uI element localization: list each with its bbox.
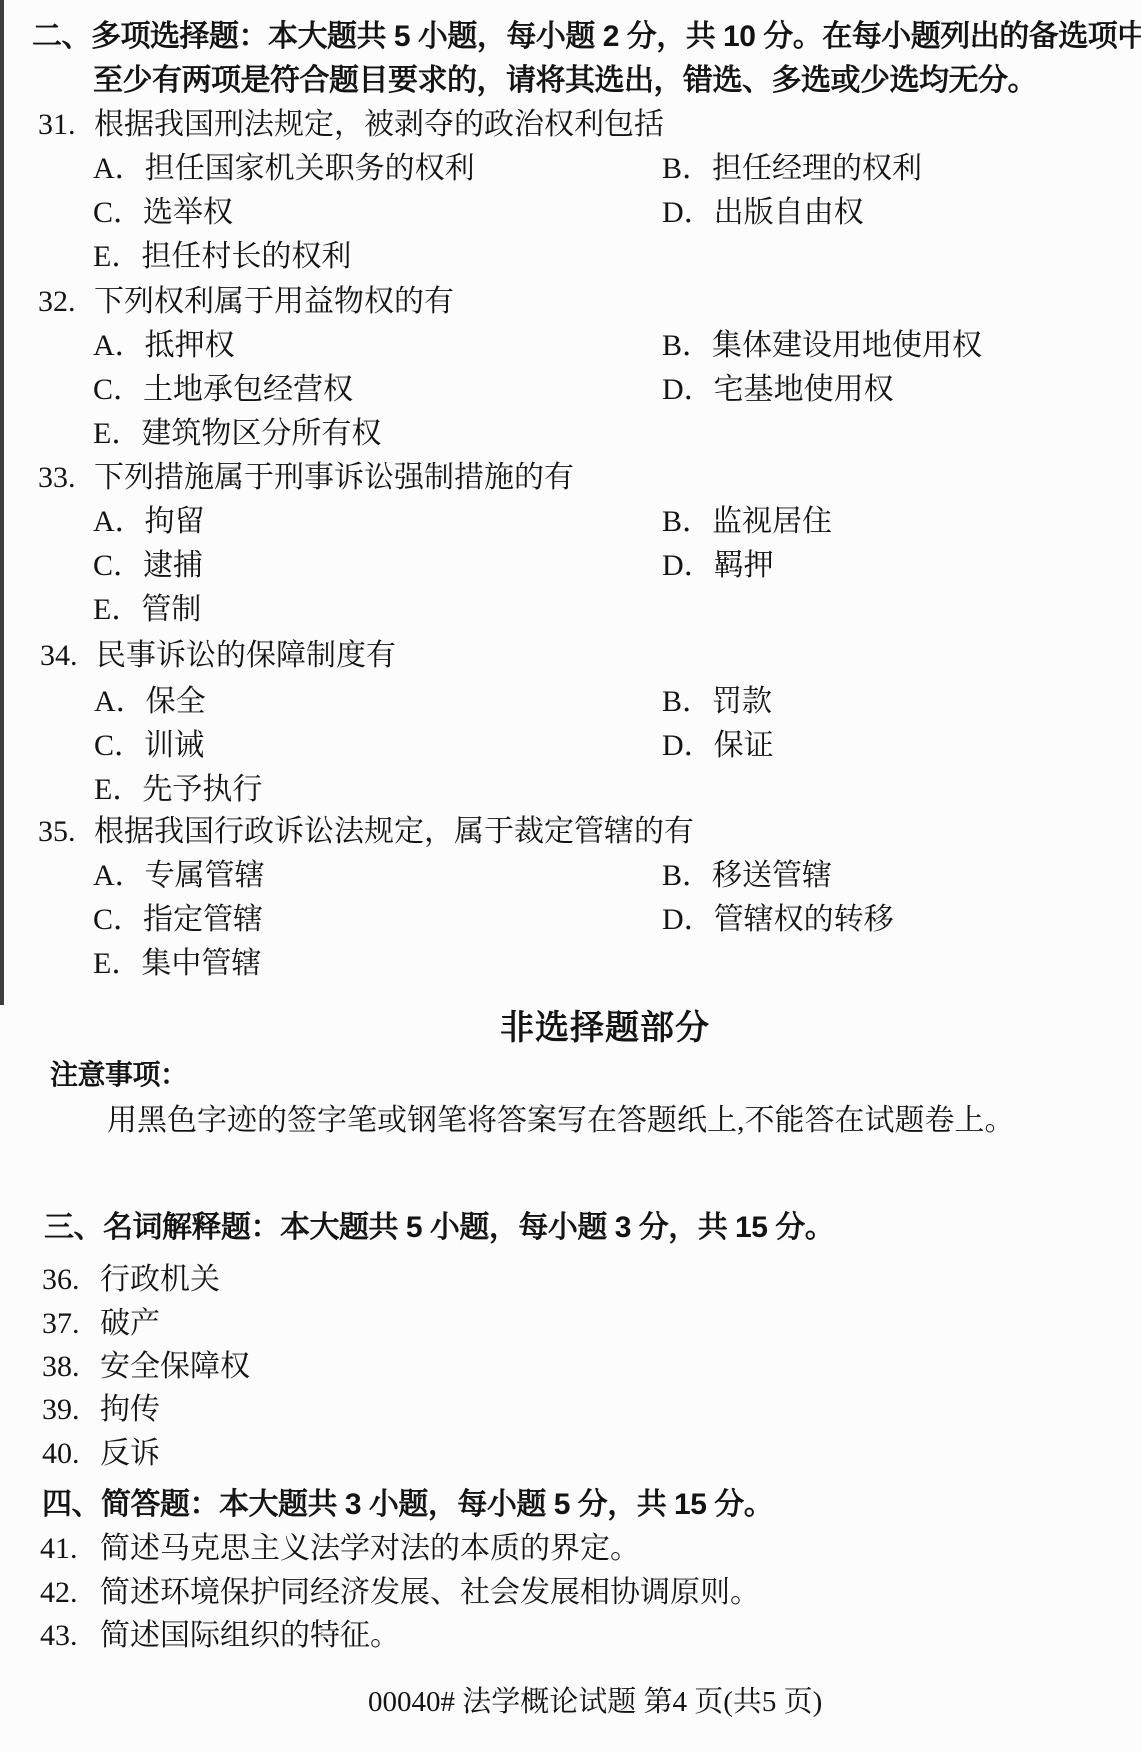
- item38-text: 安全保障权: [100, 1350, 250, 1384]
- q33-option-b: B．监视居住: [662, 505, 832, 539]
- item40-number: 40.: [42, 1437, 80, 1471]
- short-answer-section-header: 四、简答题：本大题共 3 小题，每小题 5 分，共 15 分。: [42, 1488, 773, 1522]
- q35-text: 根据我国行政诉讼法规定，属于裁定管辖的有: [94, 815, 694, 849]
- q32-option-b: B．集体建设用地使用权: [662, 329, 982, 363]
- q33-option-e: E．管制: [93, 593, 201, 627]
- q34-option-a: A．保全: [94, 685, 206, 719]
- q35-option-b: B．移送管辖: [662, 859, 832, 893]
- q31-option-b: B．担任经理的权利: [662, 152, 922, 186]
- q34-text: 民事诉讼的保障制度有: [96, 639, 396, 673]
- terms-section-header: 三、名词解释题：本大题共 5 小题，每小题 3 分，共 15 分。: [44, 1211, 834, 1245]
- q31-number: 31.: [38, 108, 76, 142]
- q31-option-a: A．担任国家机关职务的权利: [93, 152, 475, 186]
- q32-text: 下列权利属于用益物权的有: [94, 285, 454, 319]
- q33-option-c: C．逮捕: [93, 549, 203, 583]
- item39-number: 39.: [42, 1393, 80, 1427]
- item43-text: 简述国际组织的特征。: [100, 1619, 400, 1653]
- q31-option-d: D．出版自由权: [662, 196, 864, 230]
- page-footer: 00040# 法学概论试题 第4 页(共5 页): [368, 1685, 822, 1719]
- q35-option-c: C．指定管辖: [93, 903, 263, 937]
- q34-number: 34.: [40, 639, 78, 673]
- q33-text: 下列措施属于刑事诉讼强制措施的有: [94, 461, 574, 495]
- q33-option-d: D．羁押: [662, 549, 774, 583]
- item41-number: 41.: [40, 1532, 78, 1566]
- scan-edge-artifact: [0, 0, 4, 1005]
- q34-option-c: C．训诫: [94, 729, 204, 763]
- q32-number: 32.: [38, 285, 76, 319]
- item40-text: 反诉: [100, 1437, 160, 1471]
- item36-number: 36.: [42, 1263, 80, 1297]
- item42-number: 42.: [40, 1576, 78, 1610]
- item39-text: 拘传: [100, 1393, 160, 1427]
- q35-option-a: A．专属管辖: [93, 859, 265, 893]
- item42-text: 简述环境保护同经济发展、社会发展相协调原则。: [100, 1576, 760, 1610]
- q35-option-e: E．集中管辖: [93, 947, 261, 981]
- q33-option-a: A．拘留: [93, 505, 205, 539]
- q34-option-d: D．保证: [662, 729, 774, 763]
- mc-header-line2: 至少有两项是符合题目要求的，请将其选出，错选、多选或少选均无分。: [93, 64, 1037, 98]
- item37-number: 37.: [42, 1307, 80, 1341]
- q35-option-d: D．管辖权的转移: [662, 903, 894, 937]
- exam-page: 二、多项选择题：本大题共 5 小题，每小题 2 分，共 10 分。在每小题列出的…: [0, 0, 1141, 1752]
- q32-option-d: D．宅基地使用权: [662, 373, 894, 407]
- q34-option-e: E．先予执行: [94, 773, 262, 807]
- item36-text: 行政机关: [100, 1263, 220, 1297]
- q31-option-e: E．担任村长的权利: [93, 240, 351, 274]
- q35-number: 35.: [38, 815, 76, 849]
- q33-number: 33.: [38, 461, 76, 495]
- non-mc-part-title: 非选择题部分: [500, 1011, 710, 1045]
- notice-text: 用黑色字迹的签字笔或钢笔将答案写在答题纸上,不能答在试题卷上。: [107, 1104, 1015, 1138]
- item43-number: 43.: [40, 1619, 78, 1653]
- q34-option-b: B．罚款: [662, 685, 772, 719]
- item37-text: 破产: [100, 1307, 160, 1341]
- q31-option-c: C．选举权: [93, 196, 233, 230]
- q31-text: 根据我国刑法规定，被剥夺的政治权利包括: [94, 108, 664, 142]
- mc-header-line1: 二、多项选择题：本大题共 5 小题，每小题 2 分，共 10 分。在每小题列出的…: [32, 20, 1141, 54]
- item38-number: 38.: [42, 1350, 80, 1384]
- item41-text: 简述马克思主义法学对法的本质的界定。: [100, 1532, 640, 1566]
- q32-option-e: E．建筑物区分所有权: [93, 417, 381, 451]
- q32-option-c: C．土地承包经营权: [93, 373, 353, 407]
- q32-option-a: A．抵押权: [93, 329, 235, 363]
- notice-label: 注意事项：: [50, 1058, 188, 1092]
